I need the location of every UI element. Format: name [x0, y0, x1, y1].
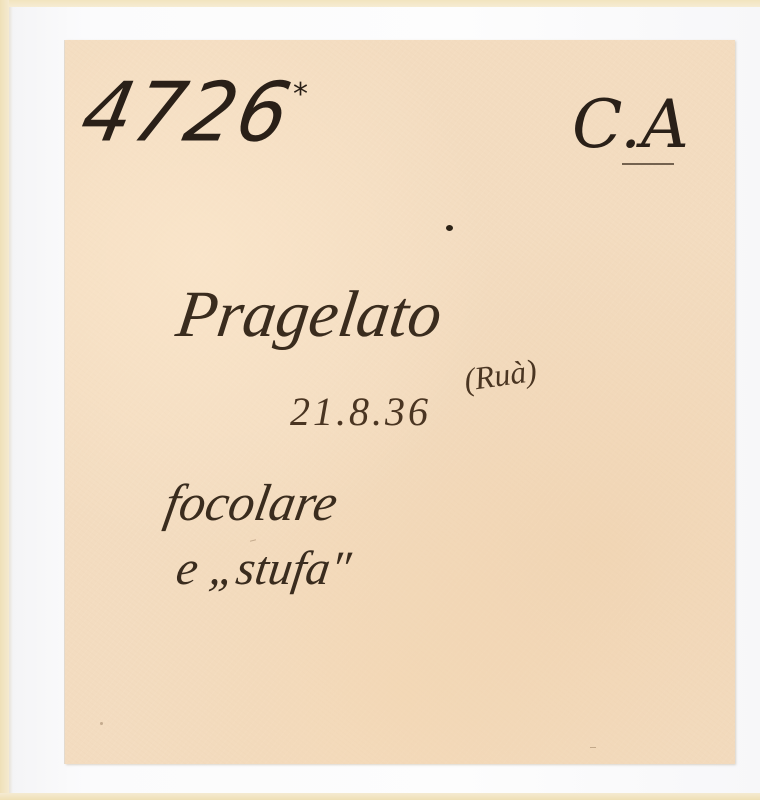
paper-speck: [590, 747, 596, 748]
mount-edge-shadow: [9, 7, 13, 793]
place-name: Pragelato: [173, 282, 446, 348]
outer-border-left: [0, 0, 9, 800]
note-line-1: focolare: [161, 478, 342, 530]
note-line-2: e „stufa": [173, 545, 353, 593]
outer-border-top: [0, 0, 760, 7]
accession-number: 4726: [75, 72, 299, 154]
initials-underline: [622, 163, 674, 165]
accession-asterisk-mark: *: [293, 80, 308, 110]
collection-date: 21.8.36: [290, 392, 431, 432]
outer-border-bottom: [0, 793, 760, 800]
ink-dot: [446, 225, 453, 231]
collector-initials: C.A: [572, 92, 689, 158]
paper-speck: [100, 722, 103, 725]
